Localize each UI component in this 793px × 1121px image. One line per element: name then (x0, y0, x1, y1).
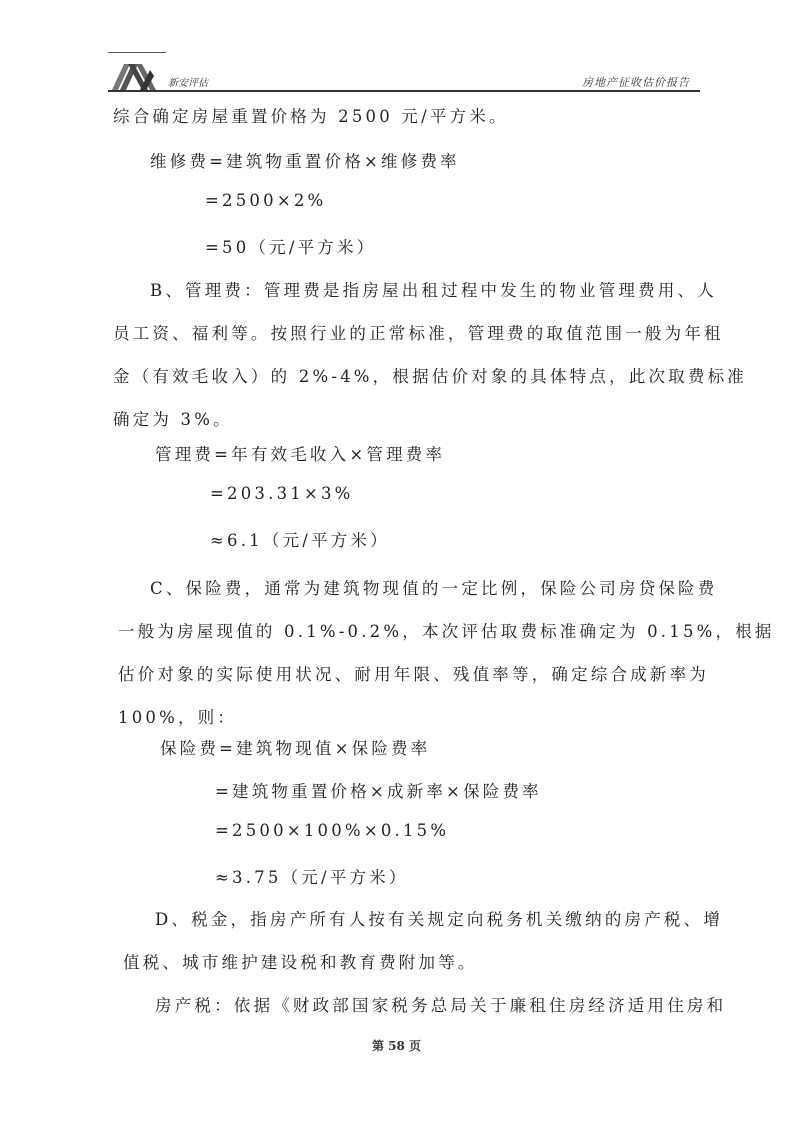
formula-line: ≈6.1（元/平方米） (210, 527, 390, 551)
formula-line: =建筑物重置价格×成新率×保险费率 (215, 778, 542, 802)
formula-line: 管理费=年有效毛收入×管理费率 (155, 441, 445, 465)
paragraph-line: 综合确定房屋重置价格为 2500 元/平方米。 (113, 103, 509, 127)
paragraph-line: 一般为房屋现值的 0.1%-0.2%，本次评估取费标准确定为 0.15%，根据 (118, 618, 775, 642)
header-top-rule (108, 52, 166, 53)
paragraph-line: 确定为 3%。 (113, 406, 233, 430)
formula-line: =2500×100%×0.15% (215, 821, 449, 840)
header-rule (108, 90, 700, 92)
paragraph-line: 房产税：依据《财政部国家税务总局关于廉租住房经济适用住房和 (155, 992, 726, 1016)
paragraph-line: 估价对象的实际使用状况、耐用年限、残值率等，确定综合成新率为 (118, 661, 709, 685)
page-number: 第 58 页 (0, 1037, 793, 1054)
paragraph-line: 值税、城市维护建设税和教育费附加等。 (123, 949, 478, 973)
paragraph-line: C、保险费，通常为建筑物现值的一定比例，保险公司房贷保险费 (150, 575, 717, 599)
paragraph-line: 100%，则： (118, 704, 237, 728)
formula-line: =2500×2% (205, 191, 326, 210)
paragraph-line: 员工资、福利等。按照行业的正常标准，管理费的取值范围一般为年租 (113, 320, 724, 344)
formula-line: ≈3.75（元/平方米） (215, 864, 409, 888)
paragraph-line: 金（有效毛收入）的 2%-4%，根据估价对象的具体特点，此次取费标准 (113, 363, 747, 387)
company-logo-icon (110, 54, 165, 90)
formula-line: 保险费=建筑物现值×保险费率 (160, 735, 430, 759)
company-name: 新安评估 (168, 74, 208, 89)
formula-line: =203.31×3% (210, 484, 354, 503)
report-title: 房地产征收估价报告 (582, 74, 690, 90)
formula-line: =50（元/平方米） (205, 234, 376, 258)
page-header: 新安评估 房地产征收估价报告 (108, 48, 700, 90)
formula-line: 维修费=建筑物重置价格×维修费率 (150, 148, 460, 172)
paragraph-line: B、管理费：管理费是指房屋出租过程中发生的物业管理费用、人 (150, 277, 717, 301)
paragraph-line: D、税金，指房产所有人按有关规定向税务机关缴纳的房产税、增 (155, 906, 723, 930)
